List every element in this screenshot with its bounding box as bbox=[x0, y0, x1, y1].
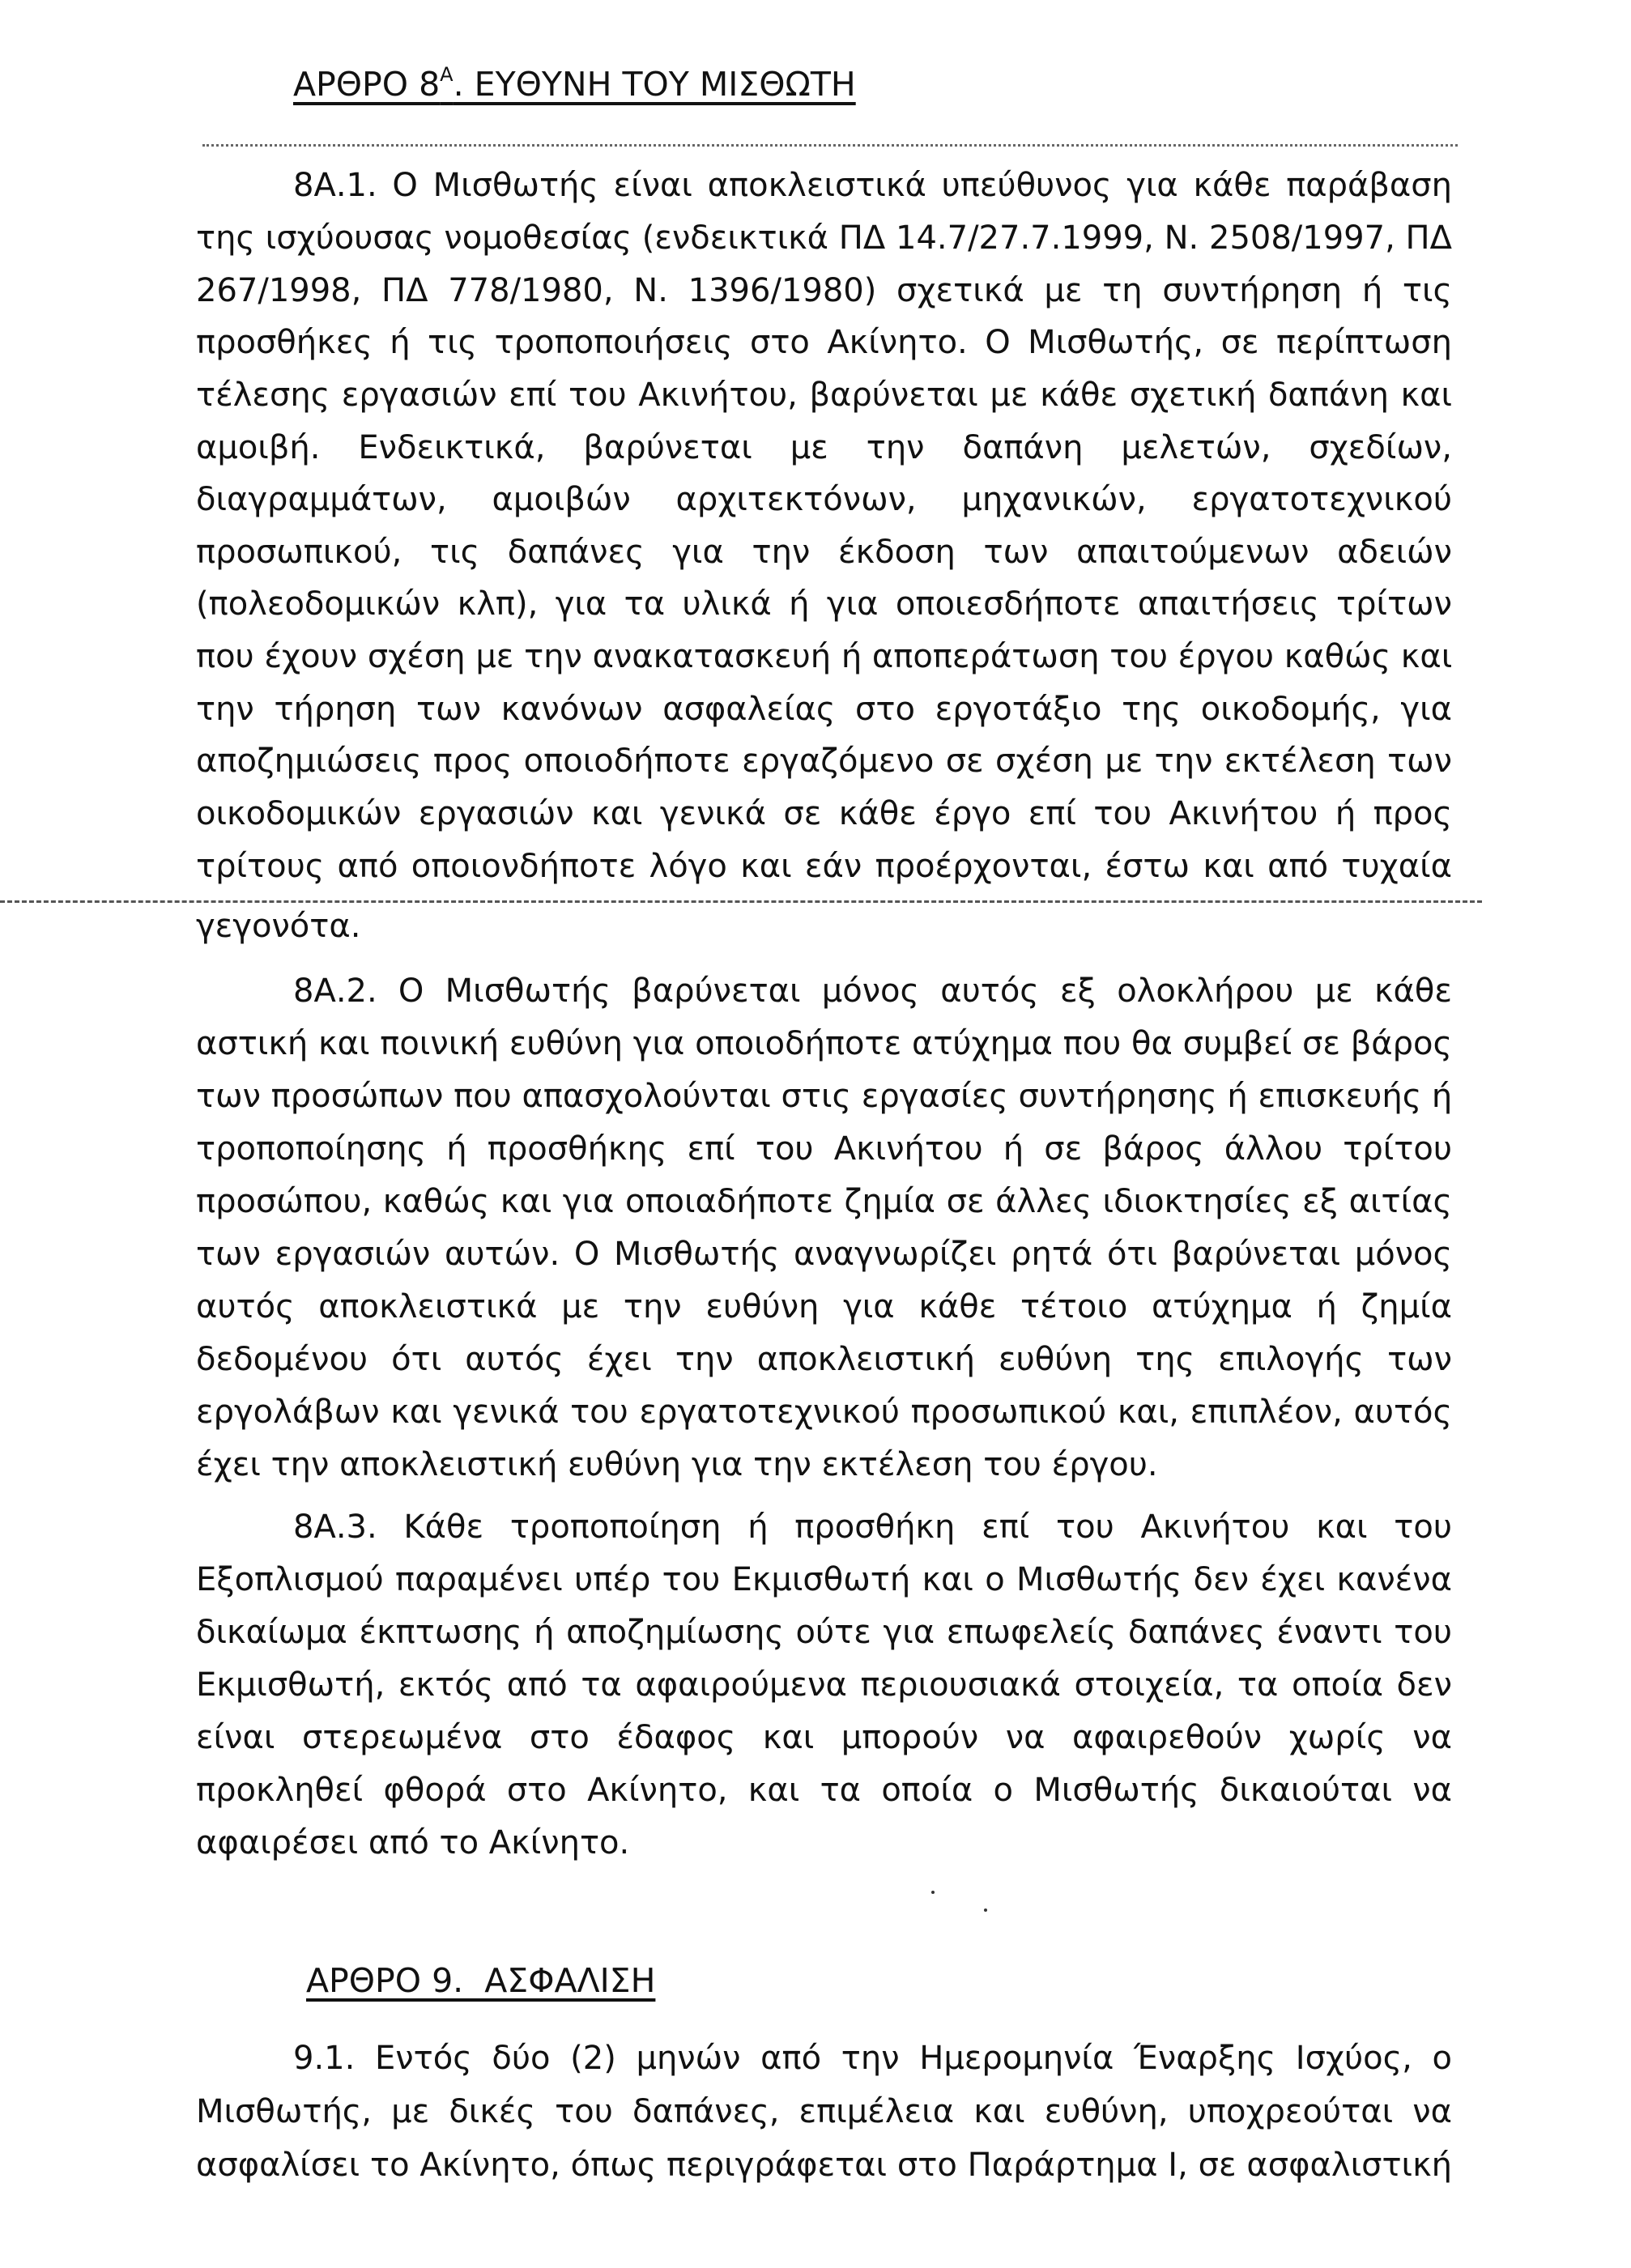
paragraph-8a1-line: προσθήκες ή τις τροποποιήσεις στο Ακίνητ… bbox=[196, 323, 1452, 362]
paragraph-8a1-line: προσωπικού, τις δαπάνες για την έκδοση τ… bbox=[196, 533, 1452, 572]
heading-superscript: Α bbox=[440, 63, 453, 86]
paragraph-8a1-line: γεγονότα. bbox=[196, 907, 1452, 946]
heading-suffix: . ΕΥΘΥΝΗ ΤΟΥ ΜΙΣΘΩΤΗ bbox=[454, 65, 856, 104]
paragraph-8a3-line: προκληθεί φθορά στο Ακίνητο, και τα οποί… bbox=[196, 1771, 1452, 1810]
paragraph-8a2-line: δεδομένου ότι αυτός έχει την αποκλειστικ… bbox=[196, 1340, 1452, 1379]
paragraph-8a3-line: 8Α.3. Κάθε τροποποίηση ή προσθήκη επί το… bbox=[293, 1508, 1452, 1547]
paragraph-8a3-line: αφαιρέσει από το Ακίνητο. bbox=[196, 1823, 1452, 1862]
paragraph-8a1-line: (πολεοδομικών κλπ), για τα υλικά ή για ο… bbox=[196, 585, 1452, 623]
paragraph-8a1-line: την τήρηση των κανόνων ασφαλείας στο εργ… bbox=[196, 690, 1452, 729]
paragraph-8a2-line: 8Α.2. Ο Μισθωτής βαρύνεται μόνος αυτός ε… bbox=[293, 972, 1452, 1011]
paragraph-9-1-line: 9.1. Εντός δύο (2) μηνών από την Ημερομη… bbox=[293, 2039, 1452, 2078]
heading-prefix: ΑΡΘΡΟ 8 bbox=[293, 65, 440, 104]
scan-speck bbox=[984, 1908, 987, 1912]
paragraph-8a1-line: τρίτους από οποιονδήποτε λόγο και εάν πρ… bbox=[196, 847, 1452, 886]
paragraph-8a2-line: αστική και ποινική ευθύνη για οποιοδήποτ… bbox=[196, 1024, 1452, 1063]
scan-dashed-line bbox=[202, 144, 1458, 147]
paragraph-9-1-line: ασφαλίσει το Ακίνητο, όπως περιγράφεται … bbox=[196, 2146, 1452, 2185]
paragraph-8a1-line: της ισχύουσας νομοθεσίας (ενδεικτικά ΠΔ … bbox=[196, 219, 1452, 257]
paragraph-8a3-line: δικαίωμα έκπτωσης ή αποζημίωσης ούτε για… bbox=[196, 1613, 1452, 1652]
paragraph-8a1-line: 8Α.1. Ο Μισθωτής είναι αποκλειστικά υπεύ… bbox=[293, 166, 1452, 205]
paragraph-8a1-line: 267/1998, ΠΔ 778/1980, Ν. 1396/1980) σχε… bbox=[196, 271, 1452, 310]
article-9-heading: ΑΡΘΡΟ 9. ΑΣΦΑΛΙΣΗ bbox=[306, 1961, 655, 2000]
paragraph-8a2-line: τροποποίησης ή προσθήκης επί του Ακινήτο… bbox=[196, 1130, 1452, 1168]
paragraph-8a2-line: των προσώπων που απασχολούνται στις εργα… bbox=[196, 1077, 1452, 1116]
scanned-document-page: ΑΡΘΡΟ 8Α. ΕΥΘΥΝΗ ΤΟΥ ΜΙΣΘΩΤΗ 8Α.1. Ο Μισ… bbox=[0, 0, 1631, 2268]
paragraph-8a2-line: έχει την αποκλειστική ευθύνη για την εκτ… bbox=[196, 1445, 1452, 1484]
scan-page-break-line bbox=[0, 900, 1482, 903]
paragraph-8a1-line: τέλεσης εργασιών επί του Ακινήτου, βαρύν… bbox=[196, 376, 1452, 415]
paragraph-8a1-line: οικοδομικών εργασιών και γενικά σε κάθε … bbox=[196, 794, 1452, 833]
paragraph-8a3-line: Εξοπλισμού παραμένει υπέρ του Εκμισθωτή … bbox=[196, 1560, 1452, 1599]
paragraph-8a2-line: προσώπου, καθώς και για οποιαδήποτε ζημί… bbox=[196, 1182, 1452, 1221]
paragraph-8a1-line: διαγραμμάτων, αμοιβών αρχιτεκτόνων, μηχα… bbox=[196, 480, 1452, 519]
paragraph-8a3-line: είναι στερεωμένα στο έδαφος και μπορούν … bbox=[196, 1718, 1452, 1757]
paragraph-8a2-line: εργολάβων και γενικά του εργατοτεχνικού … bbox=[196, 1393, 1452, 1432]
heading-text: ΑΡΘΡΟ 9. ΑΣΦΑΛΙΣΗ bbox=[306, 1961, 655, 2000]
paragraph-8a1-line: αποζημιώσεις προς οποιοδήποτε εργαζόμενο… bbox=[196, 742, 1452, 781]
paragraph-8a3-line: Εκμισθωτή, εκτός από τα αφαιρούμενα περι… bbox=[196, 1666, 1452, 1704]
article-8a-heading: ΑΡΘΡΟ 8Α. ΕΥΘΥΝΗ ΤΟΥ ΜΙΣΘΩΤΗ bbox=[293, 63, 856, 104]
paragraph-8a2-line: αυτός αποκλειστικά με την ευθύνη για κάθ… bbox=[196, 1287, 1452, 1326]
paragraph-8a1-line: που έχουν σχέση με την ανακατασκευή ή απ… bbox=[196, 637, 1452, 676]
paragraph-8a2-line: των εργασιών αυτών. Ο Μισθωτής αναγνωρίζ… bbox=[196, 1235, 1452, 1274]
scan-speck bbox=[931, 1891, 935, 1894]
paragraph-8a1-line: αμοιβή. Ενδεικτικά, βαρύνεται με την δαπ… bbox=[196, 428, 1452, 467]
paragraph-9-1-line: Μισθωτής, με δικές του δαπάνες, επιμέλει… bbox=[196, 2092, 1452, 2131]
